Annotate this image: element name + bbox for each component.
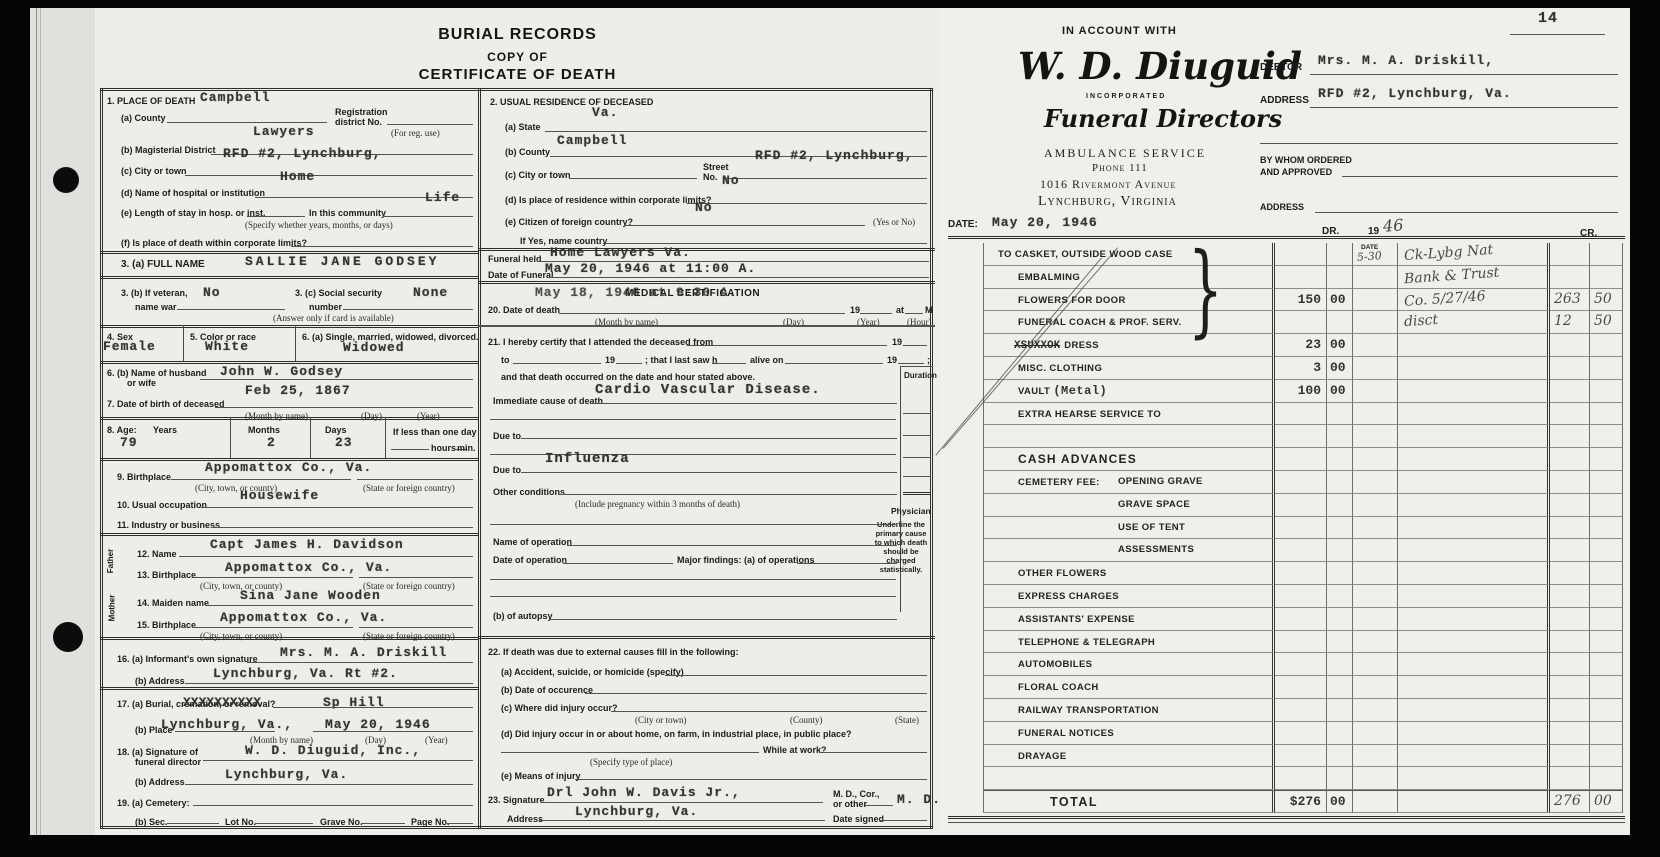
dr-cents-cell [1327, 425, 1353, 448]
ledger-row: AUTOMOBILES [983, 653, 1623, 676]
cr-note-cell [1398, 745, 1550, 768]
cr-dollars-cell [1550, 767, 1590, 790]
rule-line [171, 479, 351, 480]
informant-address-value: Lynchburg, Va. Rt #2. [213, 667, 398, 680]
dr-dollars-cell [1275, 745, 1327, 768]
reg-use-note: (For reg. use) [391, 128, 440, 138]
rule-line [539, 820, 825, 821]
burial-note-year: (Year) [425, 735, 448, 745]
where-injury-label: (c) Where did injury occur? [501, 703, 618, 713]
funeral-directors-label: Funeral Directors [1044, 104, 1282, 133]
cr-dollars-cell [1550, 471, 1590, 494]
duration-label: Duration [904, 371, 937, 381]
rule-line [310, 417, 311, 458]
page-edge-strip [30, 8, 95, 835]
rule-line [898, 363, 924, 364]
ledger-item-label: EXPRESS CHARGES [1018, 591, 1119, 602]
certify-semicolon: ; [927, 355, 930, 365]
cr-date-cell [1353, 448, 1398, 471]
dr-cents-cell [1327, 562, 1353, 585]
rule-line [167, 823, 219, 824]
magisterial-district-value: Lawyers [253, 125, 315, 138]
rule-line [543, 802, 823, 803]
dr-dollars-cell [1275, 448, 1327, 471]
funeral-director-label1: 18. (a) Signature of [117, 747, 198, 757]
immediate-cause-value: Cardio Vascular Disease. [595, 384, 821, 397]
cr-cents-handwritten: 00 [1594, 793, 1612, 809]
ledger-item-cell: EXPRESS CHARGES [983, 585, 1275, 608]
dr-cents-cell [1327, 517, 1353, 540]
ledger-item-label: DRESS [1064, 340, 1099, 351]
less-than-day-label: If less than one day [393, 427, 477, 437]
funeral-director-value: W. D. Diuguid, Inc., [245, 744, 421, 757]
length-community-value: Life [425, 191, 460, 204]
rule-line [903, 476, 931, 477]
cr-dollars-cell [1550, 425, 1590, 448]
rule-line [575, 779, 927, 780]
cr-date-cell [1353, 403, 1398, 426]
rule-line [1260, 143, 1618, 144]
cr-dollars-cell [1550, 676, 1590, 699]
funeral-account-page: 14 IN ACCOUNT WITH W. D. Diuguid INCORPO… [940, 8, 1630, 835]
cr-note-cell [1398, 403, 1550, 426]
ledger-item-cell: FUNERAL COACH & PROF. SERV. [983, 311, 1275, 334]
ledger-row: USE OF TENT [983, 517, 1623, 540]
full-name-value: SALLIE JANE GODSEY [245, 255, 439, 268]
occupation-value: Housewife [240, 489, 319, 502]
dr-dollars-cell [1275, 608, 1327, 631]
rule-line [1510, 34, 1605, 35]
rule-line [1315, 212, 1618, 213]
ssn-label: 3. (c) Social security [295, 288, 382, 298]
rule-line [567, 545, 897, 546]
cr-cents-cell [1590, 403, 1623, 426]
dob-label: 7. Date of birth of deceased [107, 399, 225, 409]
rule-line [387, 124, 473, 125]
rule-line [215, 407, 473, 408]
ledger-item-label: CASH ADVANCES [1018, 452, 1137, 466]
certify-19a: 19 [892, 337, 902, 347]
cr-date-cell [1353, 722, 1398, 745]
rule-line [100, 276, 478, 279]
rule-line [930, 88, 933, 828]
name-war-label: name war [135, 302, 177, 312]
cr-cents-cell: 50 [1590, 311, 1623, 334]
cr-cents-cell [1590, 539, 1623, 562]
rule-line [100, 417, 478, 420]
burial-place-label: (b) Place [135, 725, 173, 735]
date-value: May 20, 1946 [992, 216, 1098, 229]
certify-alive-on: alive on [750, 355, 784, 365]
rule-line [603, 243, 927, 244]
rule-line [361, 823, 405, 824]
cr-cents-cell [1590, 608, 1623, 631]
cr-dollars-handwritten: 276 [1554, 793, 1581, 809]
cr-cents-cell [1590, 585, 1623, 608]
rule-line [478, 636, 935, 639]
dob-value: Feb 25, 1867 [245, 384, 351, 397]
marital-value: Widowed [343, 341, 405, 354]
doc-title-line2: COPY OF [95, 50, 940, 64]
rule-line [948, 816, 1625, 819]
by-whom-ordered-label: BY WHOM ORDERED [1260, 155, 1352, 165]
rule-line [585, 693, 927, 694]
rule-line [359, 627, 473, 628]
spouse-label: 6. (b) Name of husband [107, 368, 207, 378]
occupation-label: 10. Usual occupation [117, 500, 207, 510]
cr-date-cell [1353, 425, 1398, 448]
physician-note: Underline the primary cause to which dea… [871, 520, 931, 574]
rule-line [195, 627, 353, 628]
dr-dollars-cell: 150 [1275, 289, 1327, 312]
debtor-value: Mrs. M. A. Driskill, [1318, 54, 1494, 67]
age-label: 8. Age: [107, 425, 137, 435]
cr-cents-cell [1590, 380, 1623, 403]
cr-note-cell [1398, 539, 1550, 562]
cr-date-cell [1353, 517, 1398, 540]
city-or-town-note: (City or town) [635, 715, 687, 725]
cr-dollars-cell: 276 [1550, 790, 1590, 813]
injury-about-home-label: (d) Did injury occur in or about home, o… [501, 729, 852, 739]
cr-dollars-cell [1550, 608, 1590, 631]
rule-line [100, 687, 478, 690]
cr-cents-cell [1590, 653, 1623, 676]
ledger-item-cell: RAILWAY TRANSPORTATION [983, 699, 1275, 722]
mother-birthplace-value: Appomattox Co., Va. [220, 611, 387, 624]
ledger-item-label: AUTOMOBILES [1018, 659, 1092, 670]
cr-cents-cell: 50 [1590, 289, 1623, 312]
rule-line [1310, 74, 1618, 75]
rule-line [569, 178, 697, 179]
funeral-date-value: May 20, 1946 at 11:00 A. [545, 262, 756, 275]
father-birthplace-label: 13. Birthplace [137, 570, 196, 580]
father-name-label: 12. Name [137, 549, 177, 559]
date-of-operation-label: Date of operation [493, 555, 567, 565]
cr-dollars-cell [1550, 699, 1590, 722]
ledger-item-label: TELEPHONE & TELEGRAPH [1018, 637, 1155, 648]
dr-dollars-cell [1275, 699, 1327, 722]
specify-place-note: (Specify type of place) [590, 757, 672, 767]
rule-line [625, 225, 865, 226]
cr-cents-cell [1590, 562, 1623, 585]
cr-date-cell [1353, 585, 1398, 608]
due-to-1-label: Due to [493, 431, 521, 441]
rule-line [903, 457, 931, 458]
cr-dollars-cell [1550, 562, 1590, 585]
mother-birthplace-label: 15. Birthplace [137, 620, 196, 630]
dr-dollars-cell [1275, 562, 1327, 585]
county-value: Campbell [200, 91, 270, 104]
rule-line [797, 563, 897, 564]
while-at-work-label: While at work? [763, 745, 827, 755]
rule-line [478, 281, 935, 284]
rule-line [903, 492, 931, 495]
ledger-item-label: OTHER FLOWERS [1018, 568, 1107, 579]
ledger-item-label: ASSISTANTS' EXPENSE [1018, 614, 1135, 625]
cr-dollars-cell [1550, 380, 1590, 403]
dr-cents-cell: 00 [1327, 380, 1353, 403]
address-label: Address [507, 814, 543, 824]
corporate-limits-label: (f) Is place of death within corporate l… [121, 238, 307, 248]
rule-line [521, 438, 897, 439]
rule-line [175, 731, 275, 732]
ledger-item-cell: USE OF TENT [983, 517, 1275, 540]
year-19-label: 19 [850, 305, 860, 315]
rule-line [490, 419, 896, 420]
ledger-row: ASSESSMENTS [983, 539, 1623, 562]
ledger-row [983, 767, 1623, 790]
ledger-item-cell: TELEPHONE & TELEGRAPH [983, 631, 1275, 654]
informant-signature-label: 16. (a) Informant's own signature [117, 654, 258, 664]
rule-line [343, 309, 473, 310]
residence-corporate-label: (d) Is place of residence within corpora… [505, 195, 712, 205]
ledger-item-cell: EMBALMING [983, 266, 1275, 289]
cr-cents-cell [1590, 471, 1623, 494]
dr-cents-cell [1327, 585, 1353, 608]
ledger-item-cell: GRAVE SPACE [983, 494, 1275, 517]
dr-cents-cell [1327, 243, 1353, 266]
cr-note-cell [1398, 585, 1550, 608]
rule-line [900, 366, 933, 367]
ledger-item-cell: TOTAL [983, 790, 1275, 813]
accident-label: (a) Accident, suicide, or homicide (spec… [501, 667, 684, 677]
rule-line [785, 363, 883, 364]
age-months-label: Months [248, 425, 280, 435]
rule-line [100, 325, 478, 328]
account-page-number: 14 [1538, 12, 1558, 25]
certify-last-saw: ; that I last saw h [645, 355, 718, 365]
age-days-value: 23 [335, 436, 353, 449]
residence-city-label: (c) City or town [505, 170, 571, 180]
rule-line [100, 533, 478, 536]
date-label: DATE: [948, 220, 978, 230]
dr-cents-cell [1327, 631, 1353, 654]
rule-line [391, 449, 429, 450]
cr-dollars-cell [1550, 266, 1590, 289]
rule-line [687, 203, 927, 204]
rule-line [490, 596, 896, 597]
hospital-value: Home [280, 170, 315, 183]
ledger-item-cell: CEMETERY FEE: OPENING GRAVE [983, 471, 1275, 494]
cr-cents-cell [1590, 334, 1623, 357]
dr-dollars-cell [1275, 653, 1327, 676]
cr-date-cell: DATE 5-30 [1353, 243, 1398, 266]
cr-cents-handwritten: 50 [1594, 291, 1612, 307]
cr-dollars-cell [1550, 448, 1590, 471]
ordered-address-label: ADDRESS [1260, 202, 1304, 212]
scan-border-bottom [0, 835, 1660, 857]
cr-dollars-cell [1550, 745, 1590, 768]
due-to-2-label: Due to [493, 465, 521, 475]
ledger-row: XSUXXOKDRESS 23 00 [983, 334, 1623, 357]
rule-line [549, 277, 929, 278]
rule-line [195, 577, 353, 578]
cr-date-cell [1353, 676, 1398, 699]
cr-dollars-cell [1550, 722, 1590, 745]
ledger-item-cell: FUNERAL NOTICES [983, 722, 1275, 745]
rule-line [900, 366, 901, 612]
ledger-row: CEMETERY FEE: OPENING GRAVE [983, 471, 1623, 494]
ledger-row: FUNERAL COACH & PROF. SERV. disct 12 [983, 311, 1623, 334]
autopsy-label: (b) of autopsy [493, 611, 553, 621]
cr-date-cell [1353, 494, 1398, 517]
min-label: min. [457, 443, 476, 453]
funeral-held-value: Home Lawyers Va. [550, 246, 691, 259]
usual-residence-heading: 2. USUAL RESIDENCE OF DECEASED [490, 97, 653, 107]
date-handwritten: 5-30 [1357, 249, 1383, 264]
doc-title-line1: BURIAL RECORDS [95, 26, 940, 44]
street-label: Street [703, 162, 729, 172]
cr-cents-cell [1590, 266, 1623, 289]
registration-label: Registration [335, 107, 388, 117]
county-label: (a) County [121, 113, 166, 123]
rule-line [383, 216, 473, 217]
ledger-item-sublabel: GRAVE SPACE [1118, 494, 1190, 516]
ledger-item-label: TOTAL [1050, 795, 1098, 809]
dr-cents-cell [1327, 608, 1353, 631]
cr-note-cell: Ck-Lybg Nat [1398, 243, 1550, 266]
rule-line [948, 236, 1625, 239]
rule-line [357, 479, 473, 480]
ledger-row [983, 425, 1623, 448]
age-years-value: 79 [120, 436, 138, 449]
ledger-row: ASSISTANTS' EXPENSE [983, 608, 1623, 631]
cr-note-cell [1398, 699, 1550, 722]
rule-line [687, 345, 887, 346]
cr-date-cell [1353, 357, 1398, 380]
physician-label: Physician [891, 506, 931, 516]
cr-note-cell [1398, 357, 1550, 380]
ledger-item-label: TO CASKET, OUTSIDE WOOD CASE [998, 249, 1173, 260]
rule-line [490, 579, 896, 580]
dr-dollars-cell [1275, 767, 1327, 790]
rule-line [501, 752, 759, 753]
rule-line [611, 711, 927, 712]
ledger-row: MISC. CLOTHING 3 00 [983, 357, 1623, 380]
cr-note-cell [1398, 334, 1550, 357]
specify-note: (Specify whether years, months, or days) [245, 220, 393, 230]
dr-dollars-cell [1275, 403, 1327, 426]
residence-state-value: Va. [592, 106, 618, 119]
rule-line [1310, 107, 1618, 108]
cr-note-handwritten: Co. 5/27/46 [1403, 287, 1486, 311]
cr-dollars-cell [1550, 334, 1590, 357]
rule-line [200, 379, 473, 380]
cr-note-cell [1398, 722, 1550, 745]
punch-hole [53, 622, 83, 652]
dr-cents-cell [1327, 767, 1353, 790]
city-or-town-label: (c) City or town [121, 166, 187, 176]
rule-line [478, 325, 935, 327]
rule-line [513, 363, 601, 364]
ledger-row: RAILWAY TRANSPORTATION [983, 699, 1623, 722]
cr-note-cell [1398, 631, 1550, 654]
birthplace-label: 9. Birthplace [117, 472, 171, 482]
cr-note-cell [1398, 676, 1550, 699]
informant-signature-value: Mrs. M. A. Driskill [280, 646, 447, 659]
dr-cents-cell [1327, 494, 1353, 517]
rule-line [255, 823, 313, 824]
dr-cents-cell [1327, 448, 1353, 471]
state-note: (State) [895, 715, 919, 725]
rule-line [591, 403, 897, 404]
cr-date-cell [1353, 790, 1398, 813]
cr-dollars-handwritten: 263 [1554, 291, 1581, 307]
ambulance-service-label: AMBULANCE SERVICE [1044, 146, 1206, 161]
cr-note-handwritten: Bank & Trust [1403, 263, 1499, 288]
mother-maiden-value: Sina Jane Wooden [240, 589, 381, 602]
cr-cents-cell [1590, 357, 1623, 380]
certify-to-label: to [501, 355, 510, 365]
age-months-value: 2 [267, 436, 276, 449]
m-label: M [925, 305, 933, 315]
mother-side-label: Mother [107, 595, 117, 622]
rule-line [295, 325, 296, 361]
scanned-burial-record: BURIAL RECORDS COPY OF CERTIFICATE OF DE… [0, 0, 1660, 857]
debtor-label: DEBTOR [1260, 63, 1302, 73]
rule-line [291, 246, 473, 247]
rule-line [230, 417, 231, 458]
dr-dollars-cell [1275, 631, 1327, 654]
debtor-address-label: ADDRESS [1260, 96, 1309, 106]
dr-cents-cell: 00 [1327, 334, 1353, 357]
page-no-label: Page No. [411, 817, 450, 827]
ledger-row: TO CASKET, OUTSIDE WOOD CASE DATE 5-30 C… [983, 243, 1623, 266]
rule-line [203, 760, 473, 761]
md-value: M. D. [897, 793, 941, 806]
spouse-value: John W. Godsey [220, 365, 343, 378]
ledger-item-label: EXTRA HEARSE SERVICE TO [1018, 409, 1161, 420]
ledger-item-label: CEMETERY FEE: [1018, 477, 1100, 488]
ledger-row: EXTRA HEARSE SERVICE TO [983, 403, 1623, 426]
county-note: (County) [790, 715, 823, 725]
incorporated-label: INCORPORATED [1086, 92, 1166, 102]
debtor-address-value: RFD #2, Lynchburg, Va. [1318, 87, 1512, 100]
industry-label: 11. Industry or business [117, 520, 220, 530]
director-address-value: Lynchburg, Va. [225, 768, 348, 781]
rule-line [247, 216, 305, 217]
ledger-item-typed: (Metal) [1053, 384, 1107, 398]
punch-hole [53, 167, 79, 193]
page-crease-line [36, 8, 37, 835]
rule-line [447, 823, 473, 824]
ledger-item-label: EMBALMING [1018, 272, 1080, 283]
cr-dollars-cell: 12 [1550, 311, 1590, 334]
cr-dollars-cell [1550, 653, 1590, 676]
street-no-label: No. [703, 172, 718, 182]
dr-dollars-cell [1275, 266, 1327, 289]
rule-line [665, 675, 927, 676]
cr-cents-cell [1590, 631, 1623, 654]
dr-dollars-cell: $276 [1275, 790, 1327, 813]
city-or-town-value: RFD #2, Lynchburg, [223, 147, 381, 160]
rule-line [903, 435, 931, 436]
ledger-item-label: RAILWAY TRANSPORTATION [1018, 705, 1159, 716]
ledger-item-cell: EXTRA HEARSE SERVICE TO [983, 403, 1275, 426]
dr-cents-cell [1327, 539, 1353, 562]
rule-line [521, 472, 897, 473]
hospital-label: (d) Name of hospital or institution [121, 188, 265, 198]
dr-cents-cell [1327, 471, 1353, 494]
residence-city-value: RFD #2, Lynchburg, [755, 149, 913, 162]
other-conditions-label: Other conditions [493, 487, 565, 497]
cr-date-cell [1353, 653, 1398, 676]
dr-dollars-cell [1275, 243, 1327, 266]
ledger-item-cell: FLORAL COACH [983, 676, 1275, 699]
rule-line [563, 563, 673, 564]
cr-dollars-cell [1550, 517, 1590, 540]
cr-note-cell [1398, 380, 1550, 403]
